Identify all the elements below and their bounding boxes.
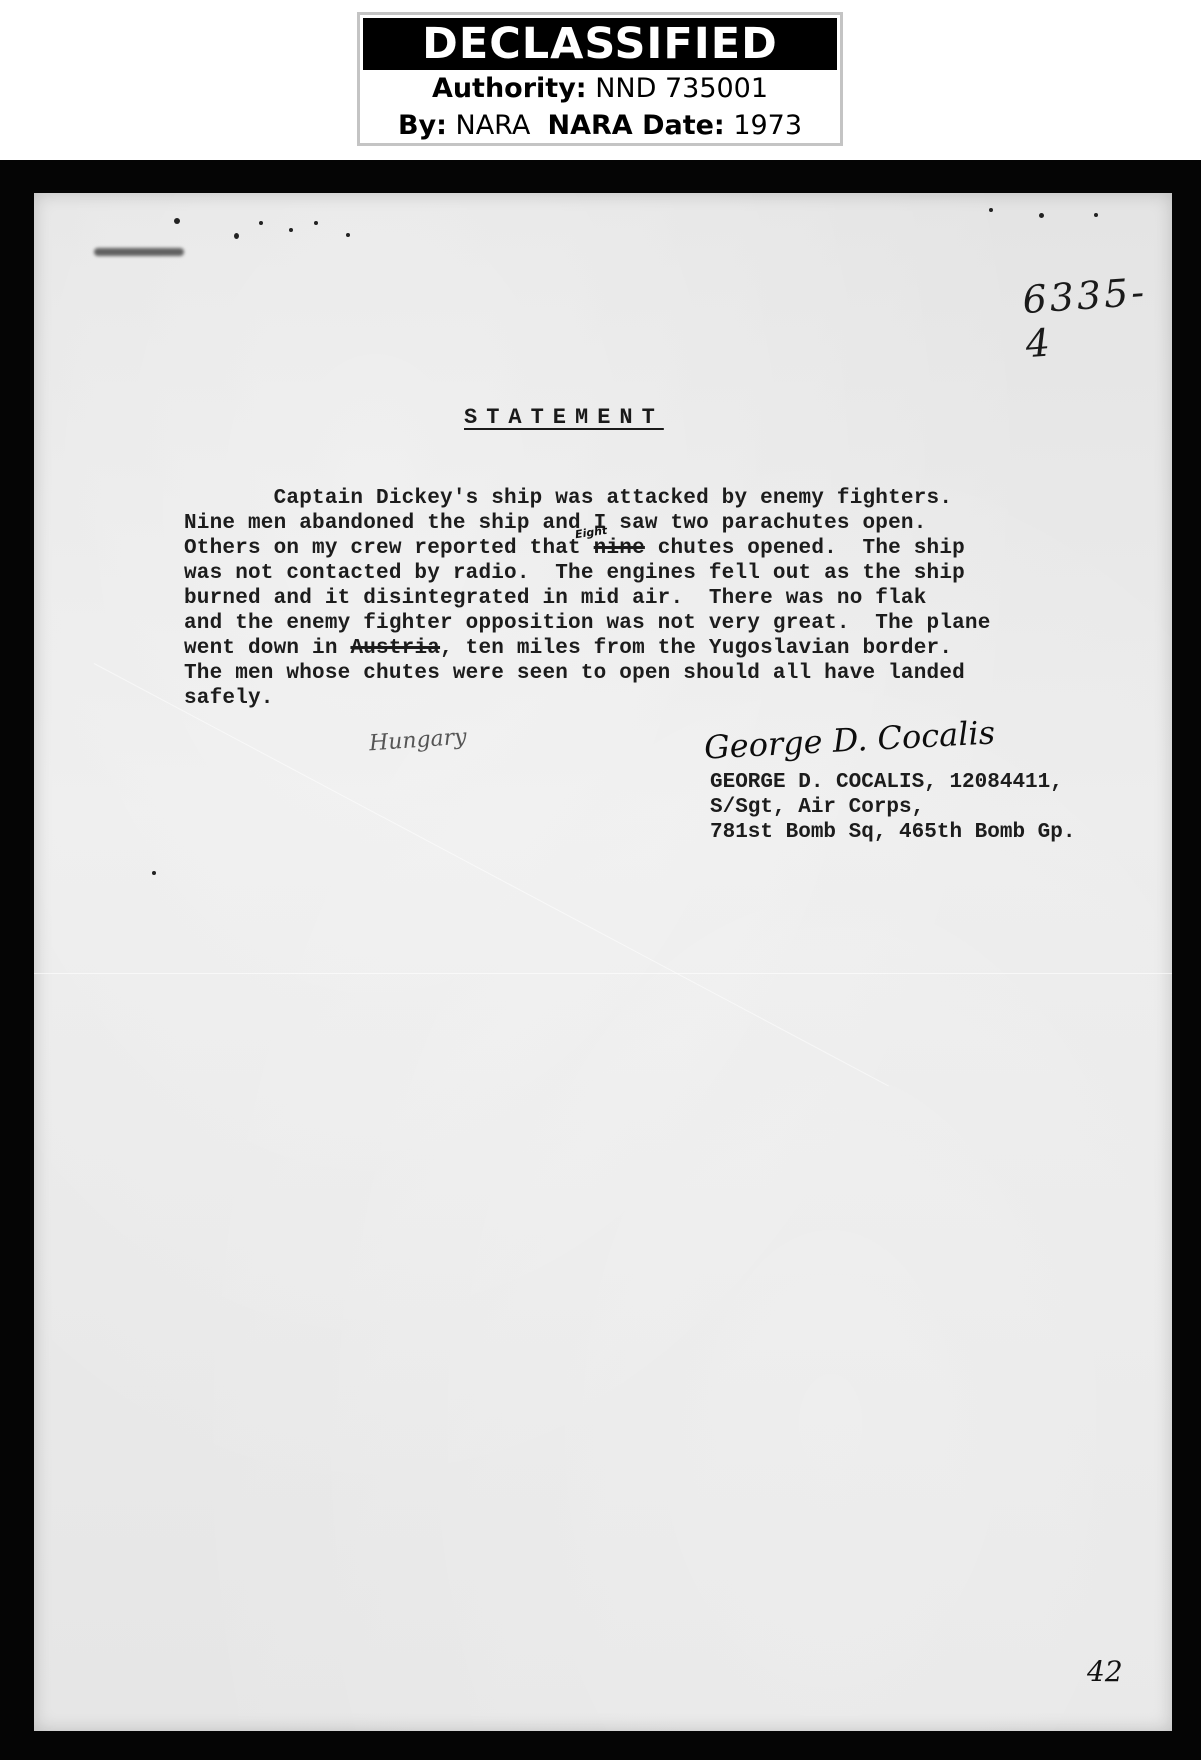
speck bbox=[346, 233, 350, 237]
page-number: 42 bbox=[1087, 1655, 1123, 1688]
declassified-stamp: DECLASSIFIED Authority: NND 735001 By: N… bbox=[357, 12, 843, 146]
speck bbox=[289, 228, 293, 232]
authority-value: NND 735001 bbox=[595, 73, 768, 104]
signature: George D. Cocalis bbox=[703, 713, 996, 766]
fold-line bbox=[34, 973, 1172, 974]
speck bbox=[989, 208, 993, 212]
document-number: 6335-4 bbox=[1021, 268, 1175, 366]
struck-word: Austria bbox=[350, 637, 440, 660]
speck bbox=[314, 221, 318, 225]
body-line: and the enemy fighter opposition was not… bbox=[184, 612, 991, 635]
body-line: The men whose chutes were seen to open s… bbox=[184, 662, 965, 685]
document-page: 6335-4 STATEMENT Captain Dickey's ship w… bbox=[34, 193, 1172, 1731]
body-line: Others on my crew reported that bbox=[184, 537, 594, 560]
document-title: STATEMENT bbox=[464, 405, 664, 430]
ink-smudge bbox=[94, 248, 184, 256]
stamp-authority: Authority: NND 735001 bbox=[360, 70, 840, 107]
stamp-title: DECLASSIFIED bbox=[363, 18, 837, 70]
body-line: burned and it disintegrated in mid air. … bbox=[184, 587, 927, 610]
body-line: Captain Dickey's ship was attacked by en… bbox=[184, 487, 952, 510]
body-line: was not contacted by radio. The engines … bbox=[184, 562, 965, 585]
stamp-by-date: By: NARA NARA Date: 1973 bbox=[360, 107, 840, 144]
date-label: NARA Date: bbox=[548, 110, 725, 141]
by-value: NARA bbox=[456, 110, 531, 141]
date-value: 1973 bbox=[733, 110, 802, 141]
speck bbox=[1039, 213, 1044, 218]
by-label: By: bbox=[398, 110, 447, 141]
speck bbox=[152, 871, 156, 875]
body-line: , ten miles from the Yugoslavian border. bbox=[440, 637, 952, 660]
speck bbox=[234, 233, 239, 239]
authority-label: Authority: bbox=[432, 73, 587, 104]
signer-name: GEORGE D. COCALIS, 12084411, bbox=[710, 771, 1063, 794]
body-line: safely. bbox=[184, 687, 274, 710]
speck bbox=[174, 218, 180, 224]
body-line: Nine men abandoned the ship and I saw tw… bbox=[184, 512, 927, 535]
signer-rank: S/Sgt, Air Corps, bbox=[710, 796, 924, 819]
body-line: went down in bbox=[184, 637, 350, 660]
speck bbox=[259, 221, 263, 225]
statement-body: Captain Dickey's ship was attacked by en… bbox=[184, 486, 1144, 711]
speck bbox=[1094, 213, 1098, 217]
signature-block: GEORGE D. COCALIS, 12084411, S/Sgt, Air … bbox=[710, 770, 1075, 845]
struck-word: nine bbox=[594, 537, 645, 560]
signer-unit: 781st Bomb Sq, 465th Bomb Gp. bbox=[710, 821, 1075, 844]
margin-annotation: Hungary bbox=[368, 725, 467, 757]
body-line: chutes opened. The ship bbox=[645, 537, 965, 560]
